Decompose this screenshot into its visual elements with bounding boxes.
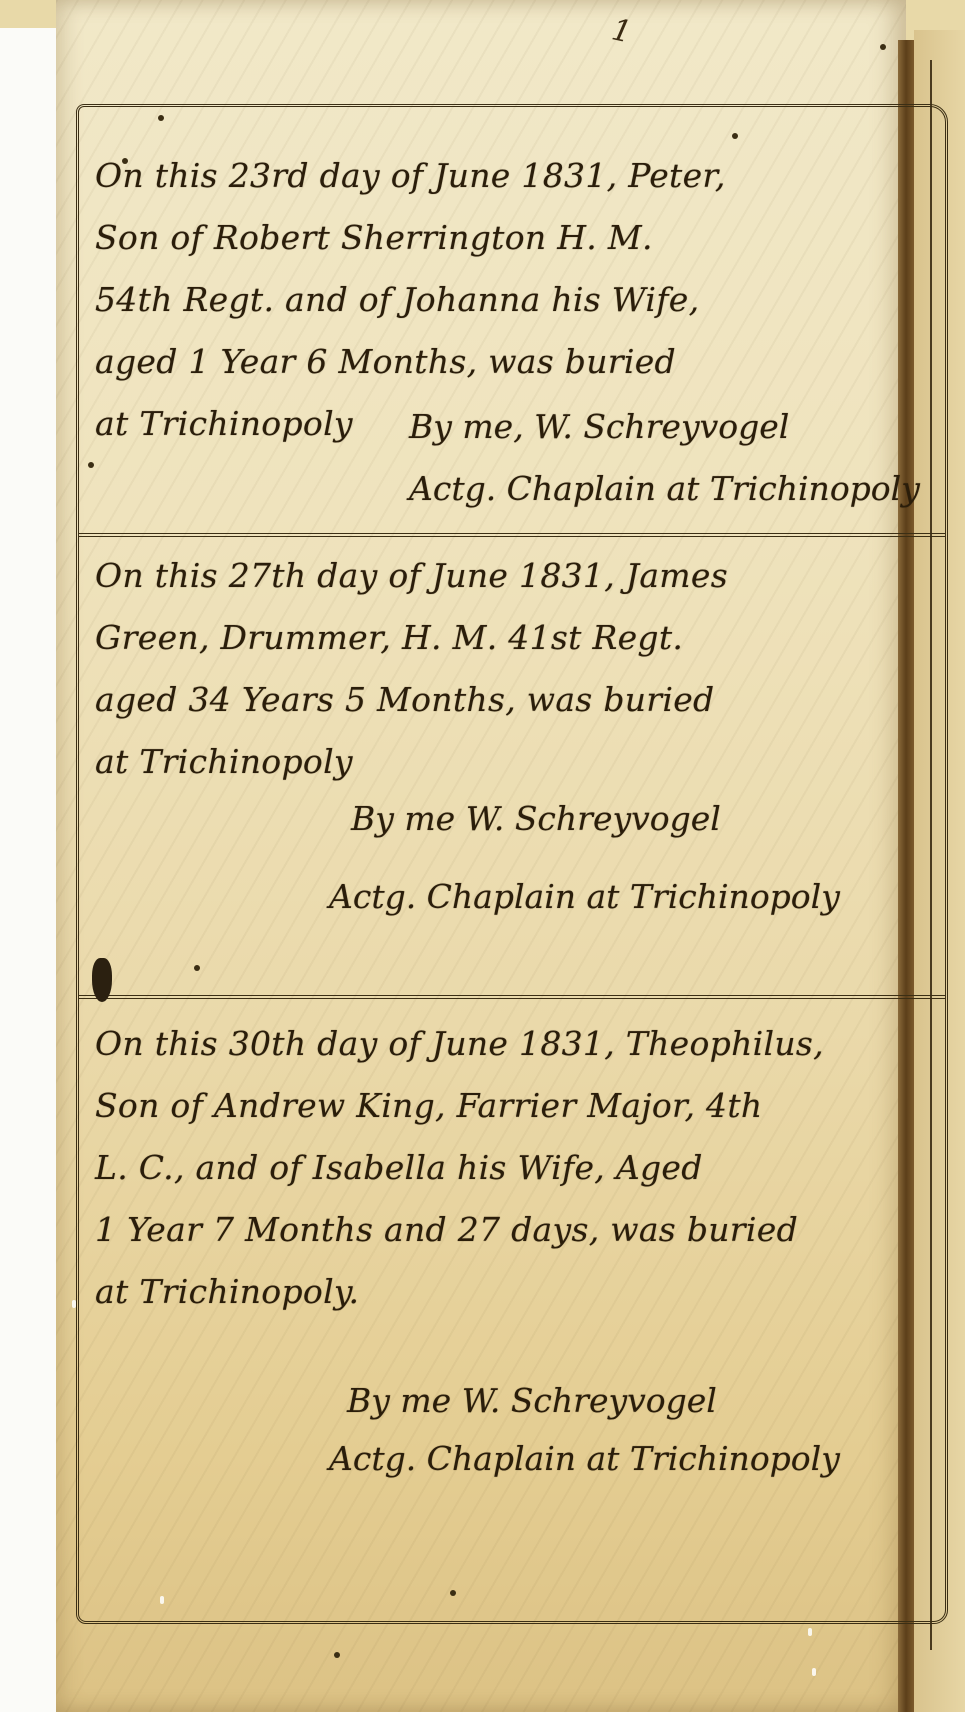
entry-line: at Trichinopoly (95, 731, 927, 793)
ink-blot (92, 958, 112, 1002)
entry-line: 54th Regt. and of Johanna his Wife, (95, 269, 927, 331)
burial-entry-3: On this 30th day of June 1831, Theophilu… (79, 999, 945, 1619)
ink-dot (158, 115, 164, 121)
entry-line: 1 Year 7 Months and 27 days, was buried (95, 1199, 927, 1261)
entry-line: Son of Robert Sherrington H. M. (95, 207, 927, 269)
background-white-strip (0, 28, 58, 1712)
paper-hole (808, 1628, 812, 1636)
entry-2-text: On this 27th day of June 1831, James Gre… (95, 545, 927, 793)
entry-line: Son of Andrew King, Farrier Major, 4th (95, 1075, 927, 1137)
entry-line: Green, Drummer, H. M. 41st Regt. (95, 607, 927, 669)
ink-dot (122, 158, 128, 164)
paper-hole (72, 1300, 76, 1308)
entry-line: L. C., and of Isabella his Wife, Aged (95, 1137, 927, 1199)
entry-line: at Trichinopoly. (95, 1261, 927, 1323)
entry-line: aged 1 Year 6 Months, was buried (95, 331, 927, 393)
ink-dot (732, 133, 738, 139)
entry-line: On this 30th day of June 1831, Theophilu… (95, 1013, 927, 1075)
entry-line: aged 34 Years 5 Months, was buried (95, 669, 927, 731)
burial-entry-2: On this 27th day of June 1831, James Gre… (79, 537, 945, 999)
ink-dot (194, 965, 200, 971)
entry-2-chaplain-title: Actg. Chaplain at Trichinopoly (329, 877, 840, 916)
ink-dot (880, 44, 886, 50)
entry-line: On this 27th day of June 1831, James (95, 545, 927, 607)
entry-2-signature: By me W. Schreyvogel (351, 799, 721, 838)
entry-line: On this 23rd day of June 1831, Peter, (95, 145, 927, 207)
ink-dot (88, 462, 94, 468)
burial-entry-1: On this 23rd day of June 1831, Peter, So… (79, 107, 945, 537)
paper-hole (812, 1668, 816, 1676)
paper-hole (160, 1596, 164, 1604)
register-frame: On this 23rd day of June 1831, Peter, So… (76, 104, 948, 1624)
entry-1-signature: By me, W. Schreyvogel (409, 407, 789, 446)
ink-dot (334, 1652, 340, 1658)
entry-3-signature: By me W. Schreyvogel (347, 1381, 717, 1420)
ink-dot (450, 1590, 456, 1596)
entry-3-chaplain-title: Actg. Chaplain at Trichinopoly (329, 1439, 840, 1478)
entry-3-text: On this 30th day of June 1831, Theophilu… (95, 1013, 927, 1323)
entry-1-chaplain-title: Actg. Chaplain at Trichinopoly (409, 469, 920, 508)
